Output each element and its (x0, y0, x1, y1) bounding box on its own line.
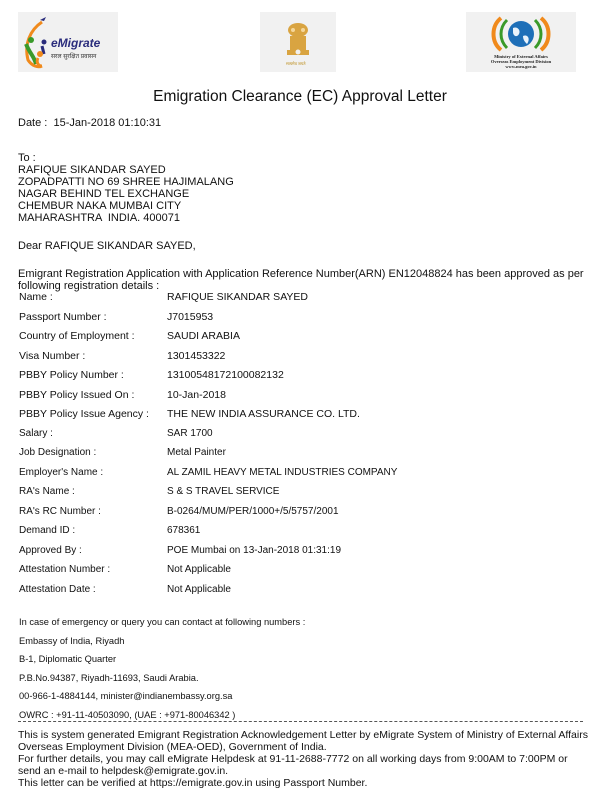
recipient-address: To : RAFIQUE SIKANDAR SAYED ZOPADPATTI N… (18, 152, 234, 224)
to-label: To : (18, 152, 234, 164)
mea-logo: Ministry of External Affairs Overseas Em… (466, 12, 576, 72)
detail-value: B-0264/MUM/PER/1000+/5/5757/2001 (167, 506, 339, 517)
detail-value: RAFIQUE SIKANDAR SAYED (167, 291, 308, 303)
detail-row: Visa Number :1301453322 (18, 350, 588, 370)
footer-line: For further details, you may call eMigra… (18, 753, 588, 777)
contact-line: B-1, Diplomatic Quarter (19, 654, 305, 673)
address-line: MAHARASHTRA INDIA. 400071 (18, 212, 234, 224)
detail-row: Attestation Number :Not Applicable (18, 564, 588, 584)
detail-label: Approved By : (19, 545, 82, 556)
detail-row: Approved By :POE Mumbai on 13-Jan-2018 0… (18, 545, 588, 565)
salutation: Dear RAFIQUE SIKANDAR SAYED, (18, 240, 196, 252)
detail-value: Not Applicable (167, 564, 231, 575)
detail-row: Attestation Date :Not Applicable (18, 584, 588, 604)
mea-caption: Ministry of External Affairs Overseas Em… (466, 54, 576, 69)
contact-line: P.B.No.94387, Riyadh-11693, Saudi Arabia… (19, 673, 305, 692)
detail-value: SAUDI ARABIA (167, 330, 240, 342)
contact-line: 00-966-1-4884144, minister@indianembassy… (19, 691, 305, 710)
detail-value: J7015953 (167, 311, 213, 323)
emigrate-tagline: सरल सुरक्षित प्रवासन (51, 52, 96, 60)
emergency-contact: In case of emergency or query you can co… (19, 617, 305, 728)
detail-value: Metal Painter (167, 447, 226, 458)
detail-label: PBBY Policy Issued On : (19, 389, 134, 401)
divider (18, 721, 583, 722)
national-emblem-logo: सत्यमेव जयते (260, 12, 336, 72)
detail-label: PBBY Policy Number : (19, 369, 124, 381)
emblem-motto: सत्यमेव जयते (286, 61, 305, 67)
footer-line: This letter can be verified at https://e… (18, 777, 588, 789)
detail-label: RA's RC Number : (19, 506, 101, 517)
detail-label: Attestation Date : (19, 584, 96, 595)
address-line: NAGAR BEHIND TEL EXCHANGE (18, 188, 234, 200)
detail-row: RA's RC Number :B-0264/MUM/PER/1000+/5/5… (18, 506, 588, 526)
detail-row: Job Designation :Metal Painter (18, 447, 588, 467)
globe-icon (491, 14, 551, 54)
address-line: ZOPADPATTI NO 69 SHREE HAJIMALANG (18, 176, 234, 188)
contact-line: OWRC : +91-11-40503090, (UAE : +971-8004… (19, 710, 305, 729)
address-line: CHEMBUR NAKA MUMBAI CITY (18, 200, 234, 212)
detail-row: PBBY Policy Number :13100548172100082132 (18, 369, 588, 389)
detail-value: SAR 1700 (167, 428, 213, 439)
letter-header: eMigrate सरल सुरक्षित प्रवासन सत्यमेव जय… (18, 12, 578, 72)
emigrate-wordmark: eMigrate (51, 36, 100, 50)
date-value: 15-Jan-2018 01:10:31 (53, 117, 161, 129)
emigrate-logo: eMigrate सरल सुरक्षित प्रवासन (18, 12, 118, 72)
detail-label: Country of Employment : (19, 330, 135, 342)
detail-row: PBBY Policy Issued On :10-Jan-2018 (18, 389, 588, 409)
intro-paragraph: Emigrant Registration Application with A… (18, 268, 588, 292)
detail-label: Passport Number : (19, 311, 107, 323)
contact-line: Embassy of India, Riyadh (19, 636, 305, 655)
contact-heading: In case of emergency or query you can co… (19, 617, 305, 636)
detail-row: Employer's Name :AL ZAMIL HEAVY METAL IN… (18, 467, 588, 487)
detail-label: Visa Number : (19, 350, 85, 362)
detail-row: Salary :SAR 1700 (18, 428, 588, 448)
detail-value: THE NEW INDIA ASSURANCE CO. LTD. (167, 408, 360, 420)
detail-label: Job Designation : (19, 447, 96, 458)
detail-row: Demand ID :678361 (18, 525, 588, 545)
detail-row: RA's Name :S & S TRAVEL SERVICE (18, 486, 588, 506)
detail-label: Attestation Number : (19, 564, 110, 575)
detail-value: 13100548172100082132 (167, 369, 284, 381)
detail-value: POE Mumbai on 13-Jan-2018 01:31:19 (167, 545, 341, 556)
detail-value: AL ZAMIL HEAVY METAL INDUSTRIES COMPANY (167, 467, 397, 478)
ashoka-emblem-icon (284, 22, 312, 60)
detail-label: RA's Name : (19, 486, 75, 497)
detail-label: Demand ID : (19, 525, 75, 536)
detail-row: Passport Number :J7015953 (18, 311, 588, 331)
detail-row: Country of Employment :SAUDI ARABIA (18, 330, 588, 350)
detail-label: Salary : (19, 428, 53, 439)
detail-value: 10-Jan-2018 (167, 389, 226, 401)
detail-row: Name :RAFIQUE SIKANDAR SAYED (18, 291, 588, 311)
letter-title: Emigration Clearance (EC) Approval Lette… (0, 88, 600, 106)
letter-date: Date : 15-Jan-2018 01:10:31 (18, 117, 161, 129)
detail-row: PBBY Policy Issue Agency :THE NEW INDIA … (18, 408, 588, 428)
date-label: Date : (18, 117, 47, 129)
detail-label: Employer's Name : (19, 467, 103, 478)
registration-details: Name :RAFIQUE SIKANDAR SAYEDPassport Num… (18, 291, 588, 603)
footer-line: This is system generated Emigrant Regist… (18, 729, 588, 753)
detail-label: PBBY Policy Issue Agency : (19, 408, 149, 420)
detail-value: 1301453322 (167, 350, 225, 362)
emigrate-figures-icon (20, 14, 54, 72)
footer-notice: This is system generated Emigrant Regist… (18, 729, 588, 789)
detail-value: Not Applicable (167, 584, 231, 595)
detail-value: S & S TRAVEL SERVICE (167, 486, 279, 497)
detail-value: 678361 (167, 525, 200, 536)
detail-label: Name : (19, 291, 53, 303)
address-line: RAFIQUE SIKANDAR SAYED (18, 164, 234, 176)
